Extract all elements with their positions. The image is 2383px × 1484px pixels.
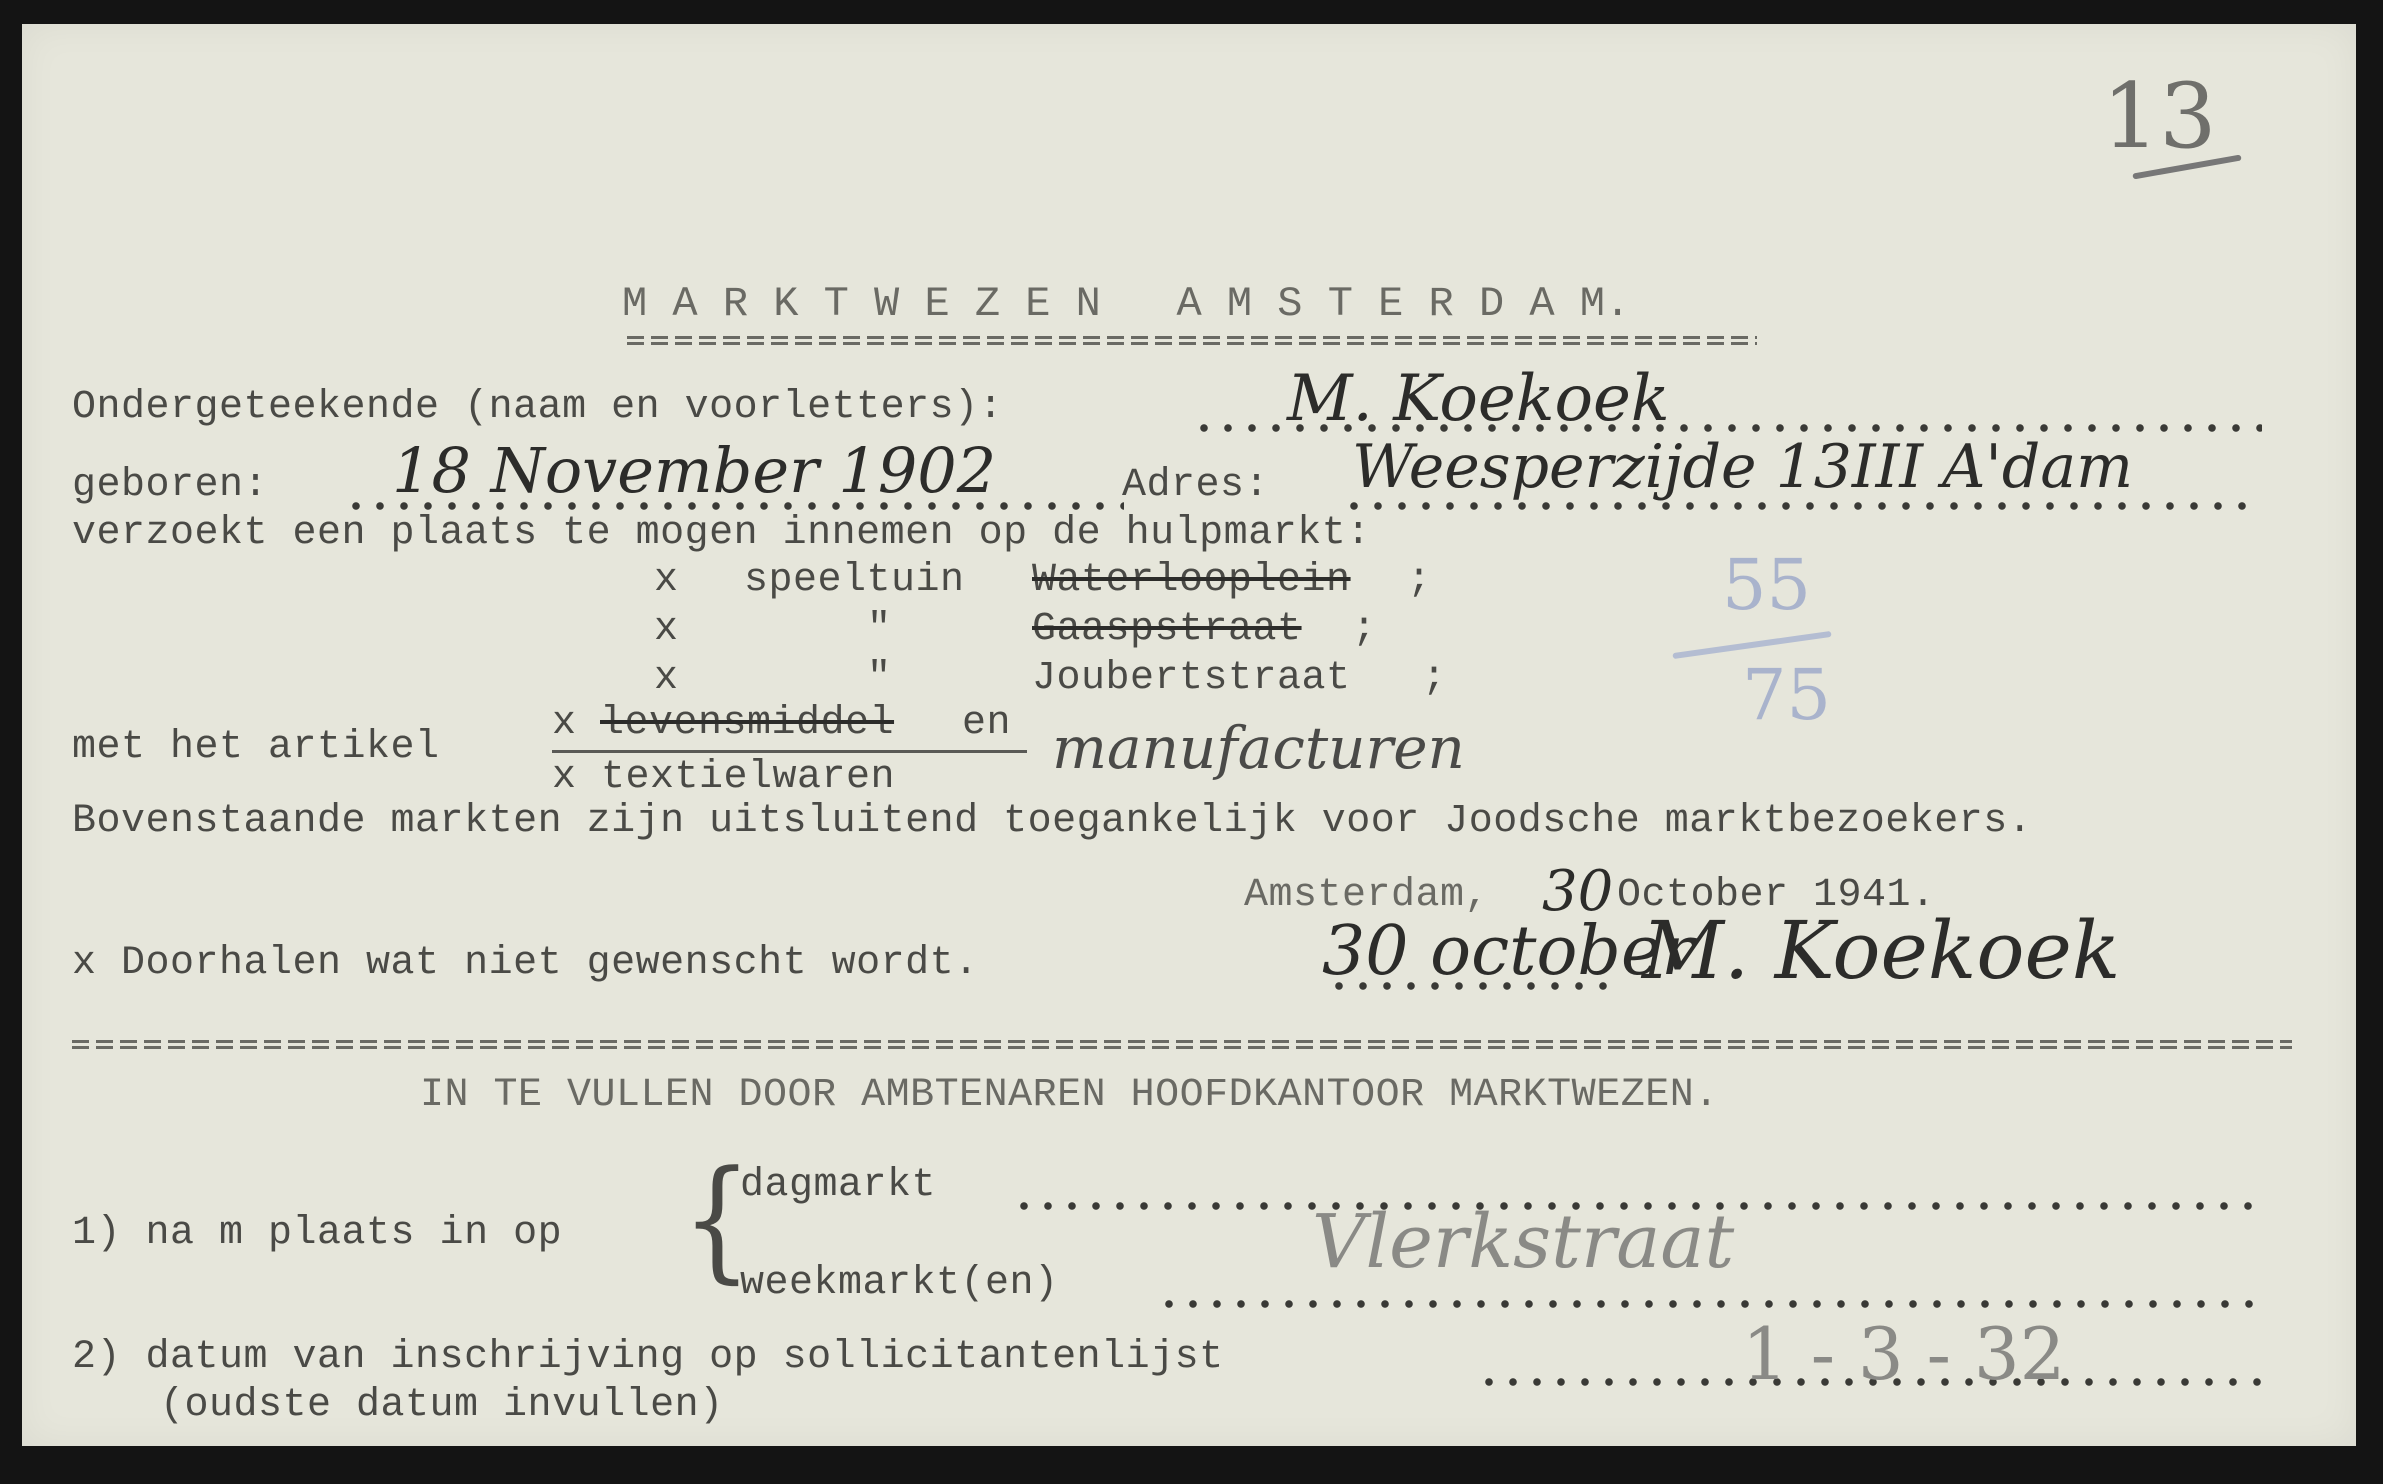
notice-line: Bovenstaande markten zijn uitsluitend to… [72, 800, 2032, 844]
q2-value[interactable]: 1 - 3 - 32 [1742, 1312, 2065, 1396]
title-double-underline [627, 334, 1757, 346]
signature-name[interactable]: M. Koekoek [1642, 904, 2120, 997]
q1-pencil-value[interactable]: Vlerkstraat [1312, 1199, 1734, 1285]
q1-week-dotted-line[interactable] [1157, 1300, 2262, 1308]
corner-mark: 13 [2102, 64, 2217, 169]
blue-pencil-numerator: 55 [1722, 544, 1811, 626]
market-item-3-type: " [867, 657, 892, 701]
q1-week-label: weekmarkt(en) [740, 1262, 1059, 1306]
market-item-2-place: Gaaspstraat [1032, 608, 1302, 652]
name-value[interactable]: M. Koekoek [1287, 362, 1670, 436]
form-card: 13 M A R K T W E Z E N A M S T E R D A M… [22, 24, 2356, 1446]
article-handwritten[interactable]: manufacturen [1052, 714, 1465, 782]
market-item-2-type: " [867, 608, 892, 652]
blue-pencil-denominator: 75 [1742, 654, 1831, 736]
born-label: geboren: [72, 464, 268, 508]
signature-date[interactable]: 30 october [1322, 912, 1694, 991]
name-label: Ondergeteekende (naam en voorletters): [72, 386, 1003, 430]
article-option-2[interactable]: x textielwaren [552, 756, 895, 800]
address-value[interactable]: Weesperzijde 13III A'dam [1352, 432, 2133, 502]
q1-day-label: dagmarkt [740, 1164, 936, 1208]
market-item-1-place: Waterlooplein [1032, 559, 1351, 603]
section-separator [72, 1038, 2292, 1050]
market-item-1-type: speeltuin [744, 559, 965, 603]
born-value[interactable]: 18 November 1902 [392, 434, 996, 507]
market-item-3-suffix: ; [1422, 657, 1447, 701]
article-option-1-prefix[interactable]: x [552, 702, 601, 746]
market-item-3-place: Joubertstraat [1032, 657, 1351, 701]
official-header: IN TE VULLEN DOOR AMBTENAREN HOOFDKANTOO… [420, 1074, 1719, 1118]
market-item-3-mark[interactable]: x [654, 657, 679, 701]
footnote: x Doorhalen wat niet gewenscht wordt. [72, 942, 979, 986]
address-label: Adres: [1122, 464, 1269, 508]
article-option-1-rest: en [962, 702, 1011, 746]
market-item-2-suffix: ; [1352, 608, 1377, 652]
market-item-1-suffix: ; [1407, 559, 1432, 603]
document-title: M A R K T W E Z E N A M S T E R D A M. [622, 282, 1630, 326]
article-option-1-struck: levensmiddel [600, 702, 894, 746]
q1-label: 1) na m plaats in op [72, 1212, 562, 1256]
market-item-1-mark[interactable]: x [654, 559, 679, 603]
market-item-2-mark[interactable]: x [654, 608, 679, 652]
q2-label: 2) datum van inschrijving op sollicitant… [72, 1336, 1224, 1380]
address-dotted-line [1342, 502, 2262, 510]
article-label: met het artikel [72, 726, 440, 770]
q2-sub: (oudste datum invullen) [160, 1384, 724, 1428]
request-line: verzoekt een plaats te mogen innemen op … [72, 512, 1371, 556]
article-divider [552, 750, 1027, 753]
